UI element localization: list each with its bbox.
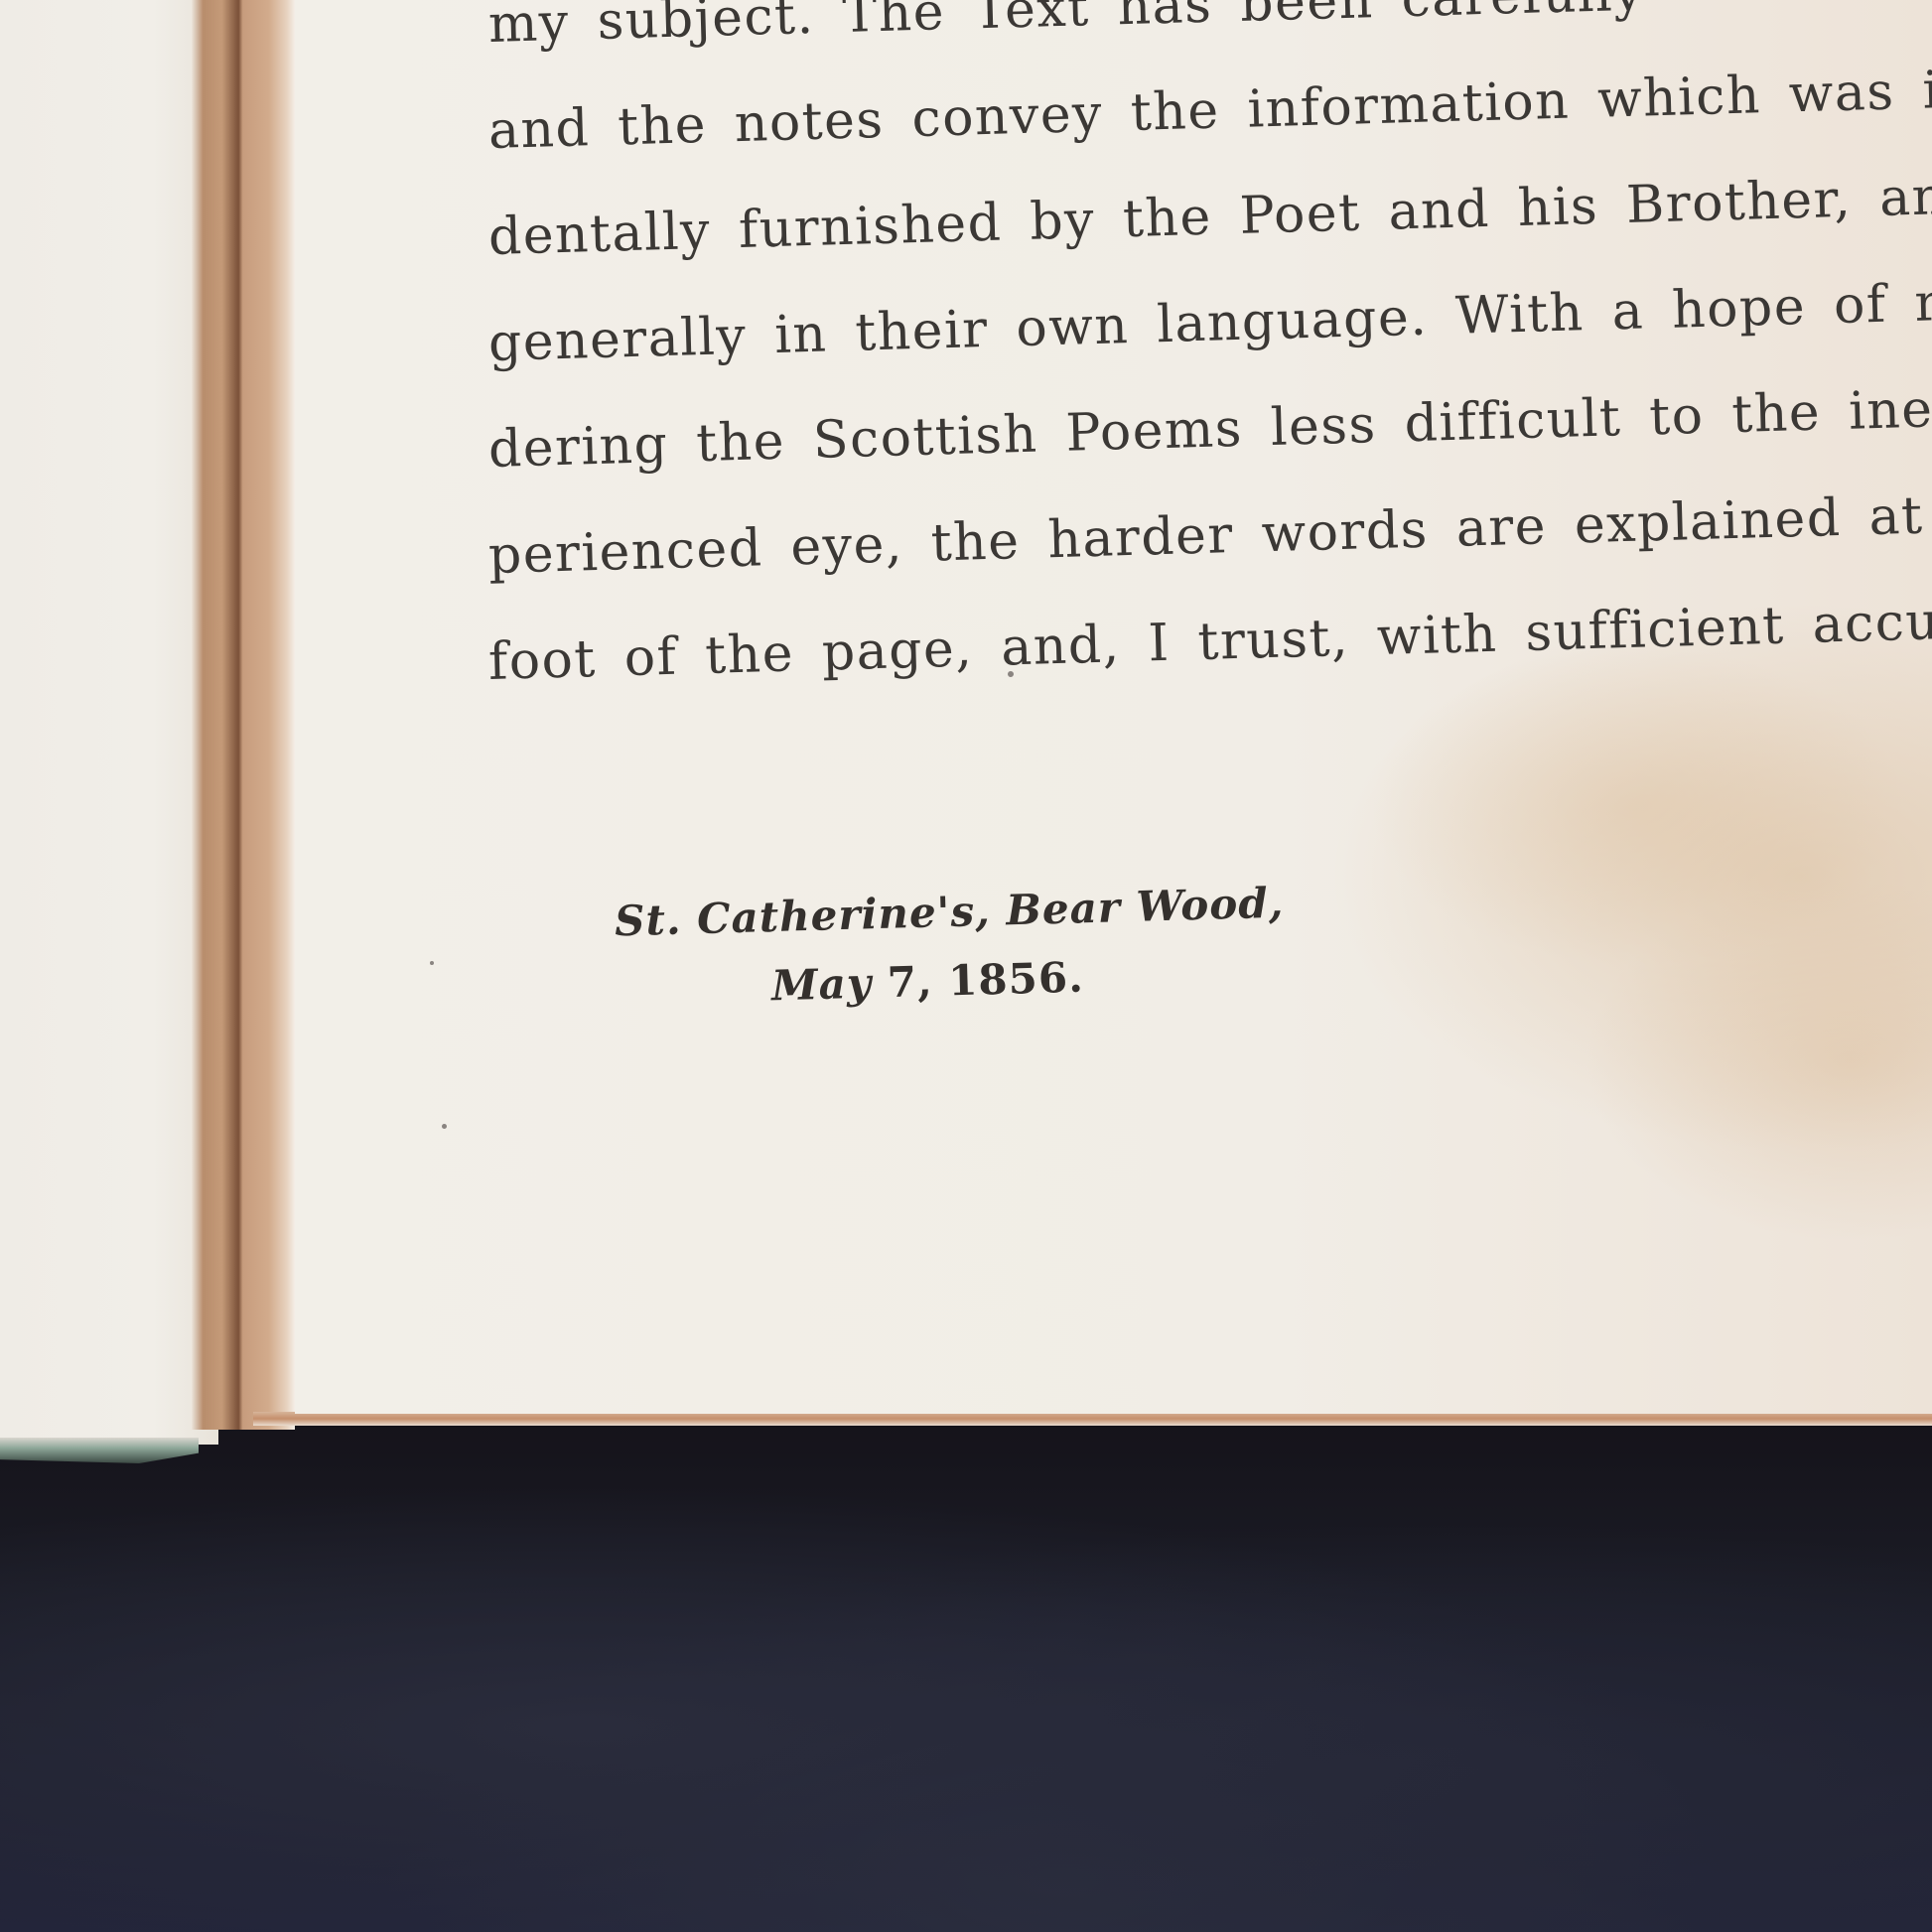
page-bottom-edge [253, 1412, 1932, 1426]
signature-date: May 7, 1856. [770, 953, 1084, 1011]
book-photo: my subject. The Text has been carefully … [0, 0, 1932, 1932]
left-page [0, 0, 218, 1445]
binding-gutter [191, 0, 295, 1430]
date-month: May [770, 959, 872, 1011]
signature-place: St. Catherine's, Bear Wood, [614, 879, 1284, 946]
ink-speck [1008, 671, 1014, 677]
body-text: my subject. The Text has been carefully … [488, 0, 1932, 716]
right-page: my subject. The Text has been carefully … [295, 0, 1932, 1414]
ink-speck [430, 961, 434, 965]
dark-cloth-background [0, 1420, 1932, 1932]
date-day-year: 7, 1856. [887, 953, 1084, 1008]
ink-speck [442, 1124, 447, 1129]
